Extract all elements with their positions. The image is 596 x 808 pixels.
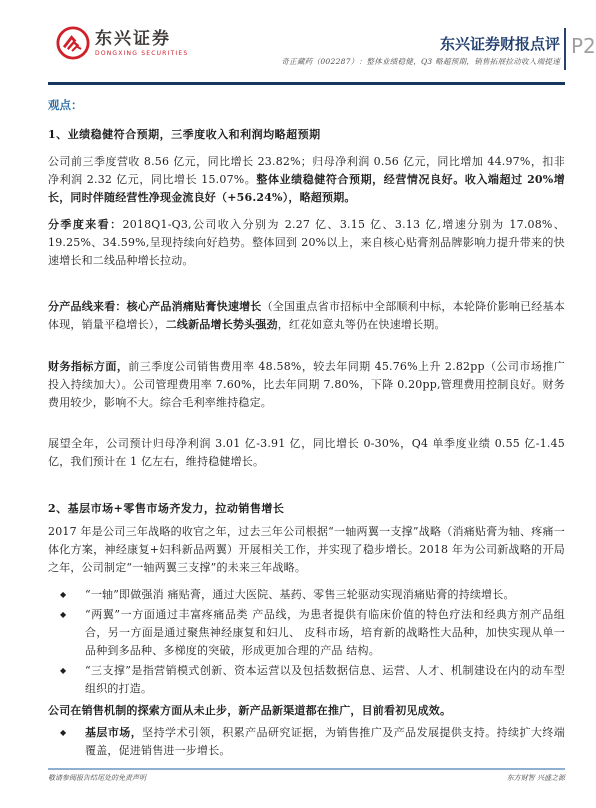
logo-name-en: DONGXING SECURITIES xyxy=(95,50,188,57)
report-subtitle: 奇正藏药（002287）：整体业绩稳健，Q3 略超预期，销售拓展拉动收入端提速 xyxy=(281,56,560,67)
section-2-heading: 2、基层市场+零售市场齐发力，拉动销售增长 xyxy=(48,500,565,516)
list-item: ◆ “一轴”即做强消 痛贴膏，通过大医院、基药、零售三轮驱动实现消痛贴膏的持续增… xyxy=(48,586,565,604)
list-item: ◆ “两翼”一方面通过丰富疼痛品类 产品线，为患者提供有临床价值的特色疗法和经典… xyxy=(48,606,565,660)
dongxing-logo-icon xyxy=(56,26,90,60)
diamond-bullet-icon: ◆ xyxy=(60,662,68,698)
paragraph-product-lines: 分产品线来看：核心产品消痛贴膏快速增长（全国重点省市招标中全部顺利中标，本轮降价… xyxy=(48,298,565,334)
diamond-bullet-icon: ◆ xyxy=(60,606,68,660)
dongxing-logo: 东兴证券 DONGXING SECURITIES xyxy=(56,26,188,60)
grassroots-bullet-list: ◆ 基层市场，坚持学术引领，积累产品研究证据，为销售推广及产品发展提供支持。持续… xyxy=(48,724,565,760)
viewpoint-label: 观点： xyxy=(48,97,565,113)
logo-text: 东兴证券 DONGXING SECURITIES xyxy=(95,30,188,57)
list-item: ◆ “三支撑”是指营销模式创新、资本运营以及包括数据信息、运营、人才、机制建设在… xyxy=(48,662,565,698)
report-body: 观点： 1、业绩稳健符合预期，三季度收入和利润均略超预期 公司前三季度营收 8.… xyxy=(0,82,596,760)
paragraph-strategy-intro: 2017 年是公司三年战略的收官之年，过去三年公司根据“一轴两翼一支撑”战略（消… xyxy=(48,523,565,577)
paragraph-sales-mechanism-note: 公司在销售机制的探索方面从未止步，新产品新渠道都在推广，目前看初见成效。 xyxy=(48,702,565,720)
bullet-text: “一轴”即做强消 痛贴膏，通过大医院、基药、零售三轮驱动实现消痛贴膏的持续增长。 xyxy=(85,586,565,604)
bullet-text: “两翼”一方面通过丰富疼痛品类 产品线，为患者提供有临床价值的特色疗法和经典方剂… xyxy=(85,606,565,660)
page-number: P2 xyxy=(571,34,596,58)
paragraph-full-year-outlook: 展望全年，公司预计归母净利润 3.01 亿-3.91 亿，同比增长 0-30%，… xyxy=(48,435,565,471)
report-header: 东兴证券 DONGXING SECURITIES 东兴证券财报点评 奇正藏药（0… xyxy=(0,0,596,82)
paragraph-quarterly: 分季度来看：2018Q1-Q3,公司收入分别为 2.27 亿、3.15 亿、3.… xyxy=(48,216,565,270)
bullet-text: 基层市场，坚持学术引领，积累产品研究证据，为销售推广及产品发展提供支持。持续扩大… xyxy=(85,724,565,760)
strategy-bullet-list: ◆ “一轴”即做强消 痛贴膏，通过大医院、基药、零售三轮驱动实现消痛贴膏的持续增… xyxy=(48,586,565,698)
footer-disclaimer: 敬请参阅报告结尾处的免责声明 xyxy=(48,773,146,783)
report-page: 东兴证券 DONGXING SECURITIES 东兴证券财报点评 奇正藏药（0… xyxy=(0,0,596,808)
report-series-title: 东兴证券财报点评 xyxy=(440,33,560,54)
logo-name-cn: 东兴证券 xyxy=(95,30,188,48)
diamond-bullet-icon: ◆ xyxy=(60,586,68,604)
paragraph-financial-metrics: 财务指标方面，前三季度公司销售费用率 48.58%，较去年同期 45.76%上升… xyxy=(48,358,565,412)
section-1-heading: 1、业绩稳健符合预期，三季度收入和利润均略超预期 xyxy=(48,126,565,142)
list-item: ◆ 基层市场，坚持学术引领，积累产品研究证据，为销售推广及产品发展提供支持。持续… xyxy=(48,724,565,760)
diamond-bullet-icon: ◆ xyxy=(60,724,68,760)
header-rule xyxy=(48,82,565,85)
footer-slogan: 东方财智 兴盛之源 xyxy=(507,773,565,783)
bullet-text: “三支撑”是指营销模式创新、资本运营以及包括数据信息、运营、人才、机制建设在内的… xyxy=(85,662,565,698)
paragraph-results-overview: 公司前三季度营收 8.56 亿元，同比增长 23.82%；归母净利润 0.56 … xyxy=(48,153,565,207)
header-vertical-divider xyxy=(564,28,566,70)
footer-rule xyxy=(48,768,565,770)
